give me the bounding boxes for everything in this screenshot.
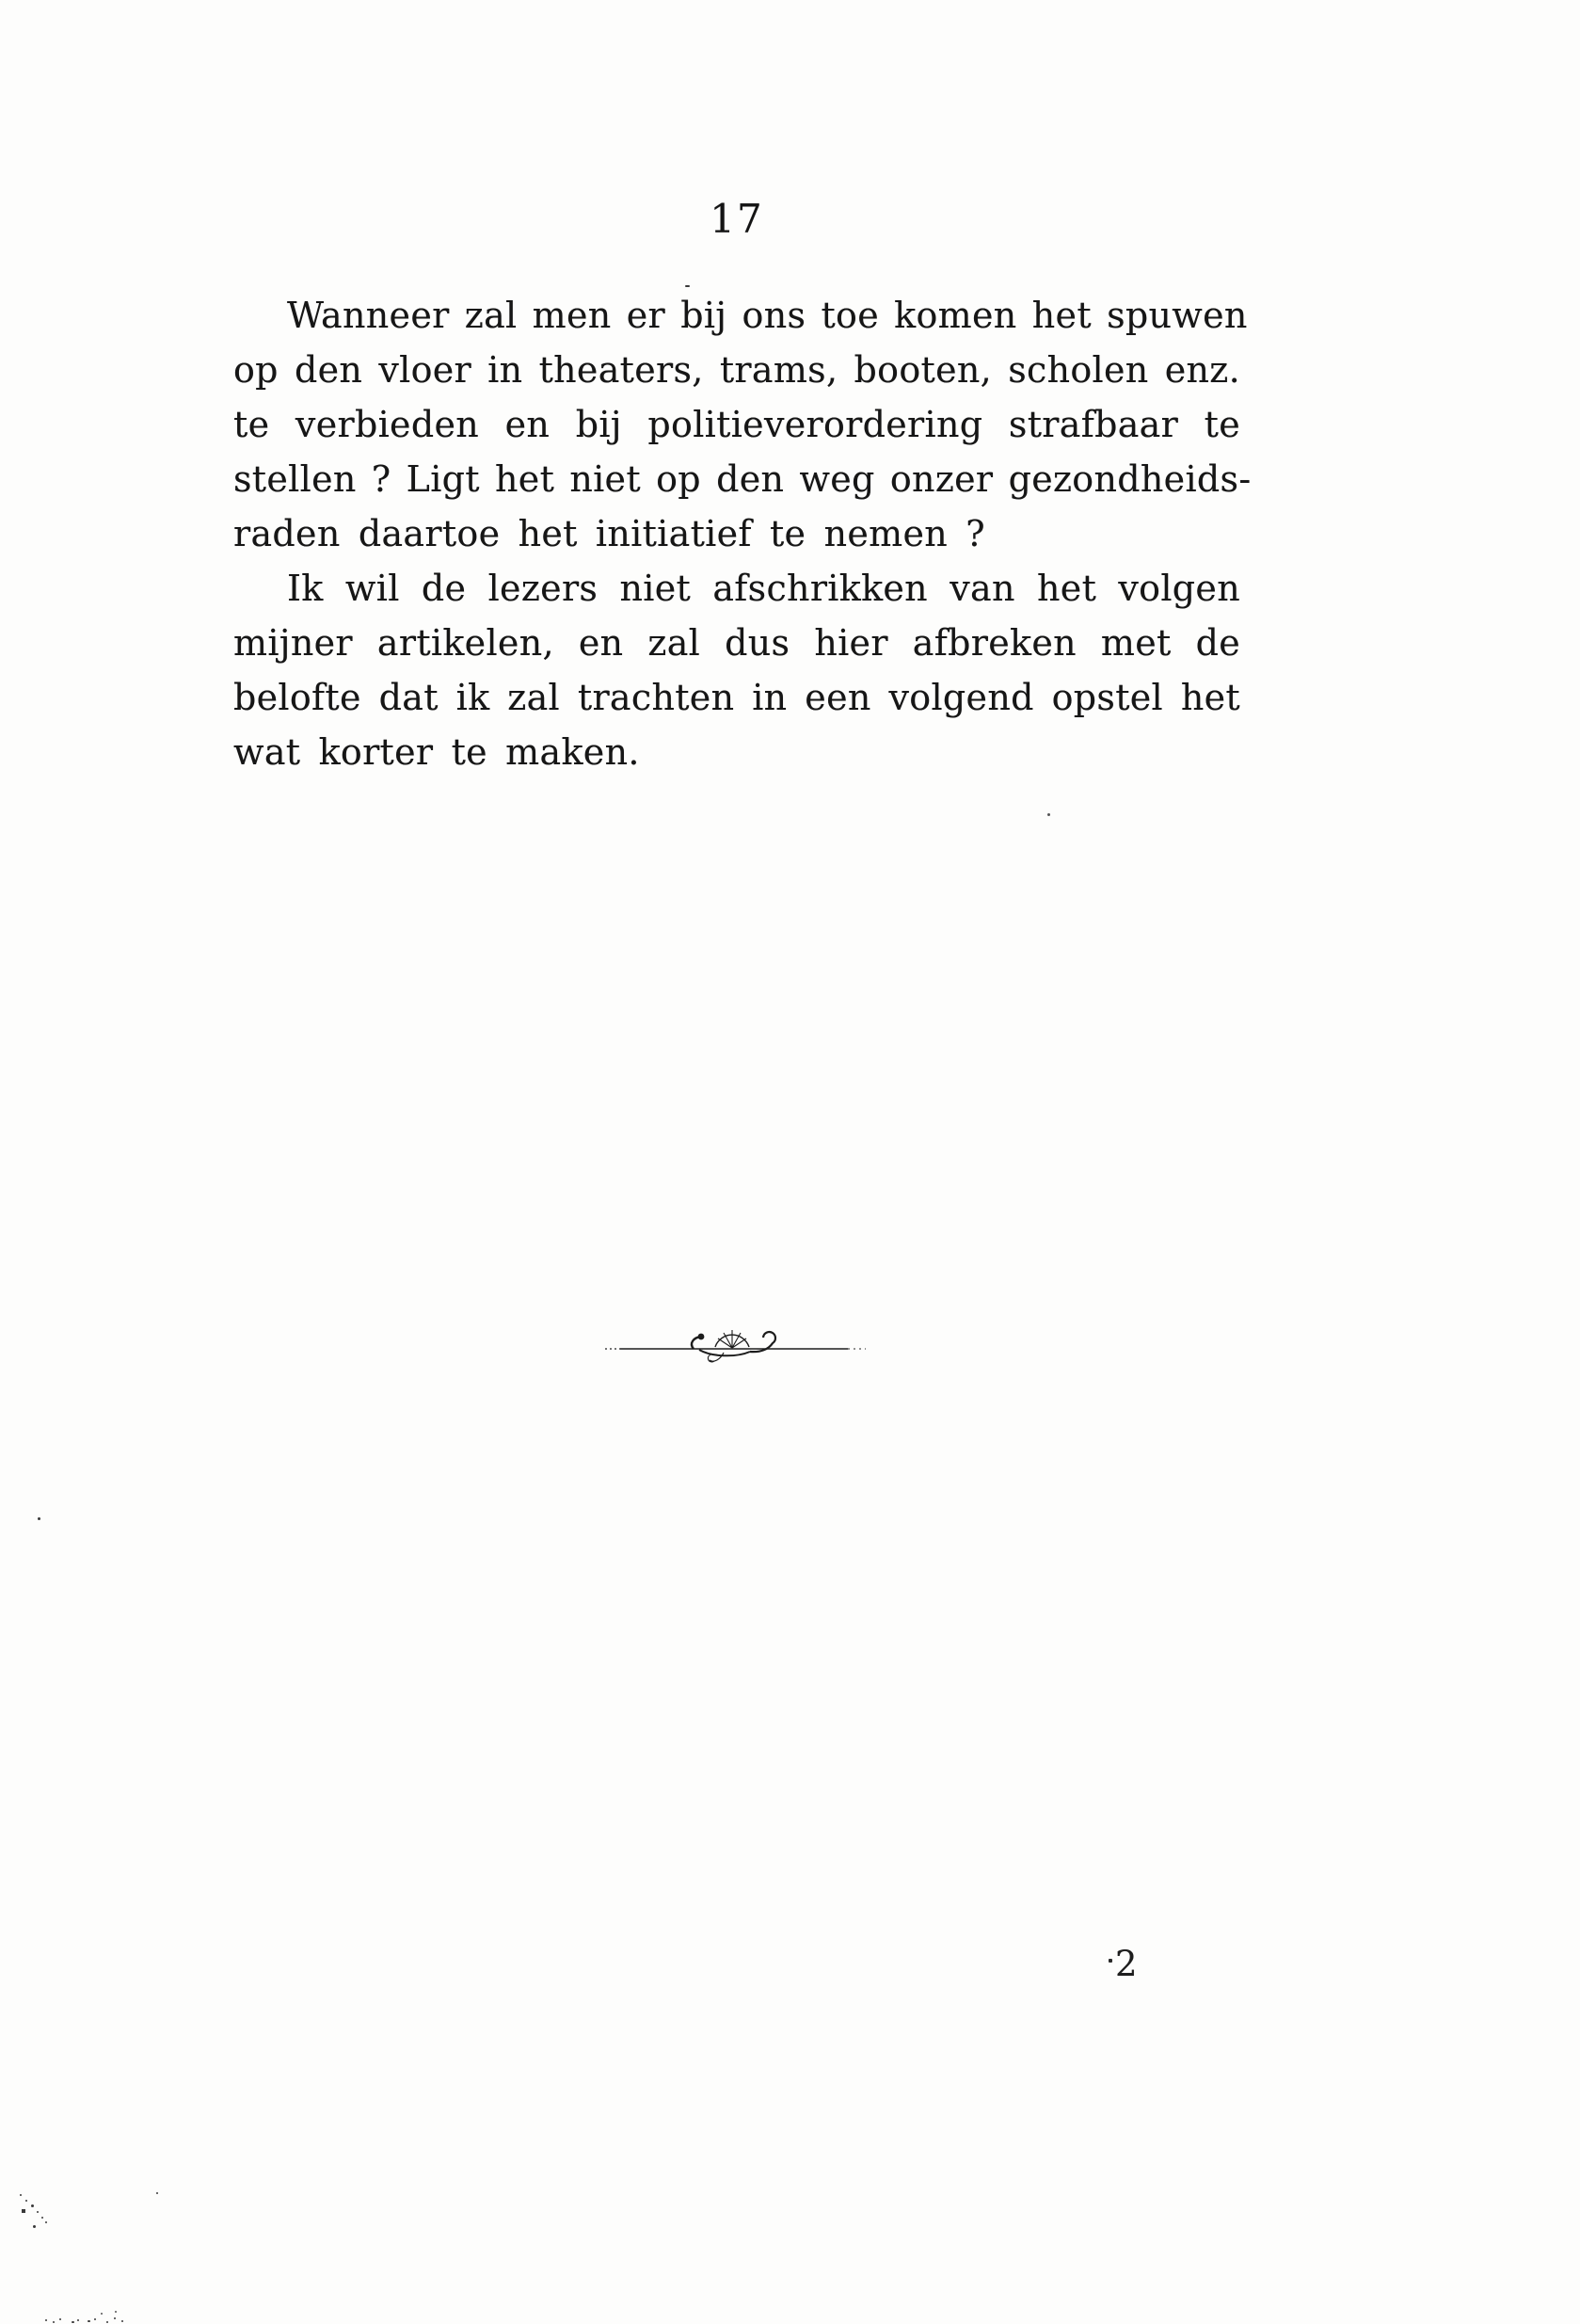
text-line: op den vloer in theaters, trams, booten,… [233, 343, 1240, 397]
ornamental-divider [601, 1325, 870, 1370]
ink-speck [45, 2221, 47, 2223]
ink-speck [94, 2318, 96, 2320]
ink-speck [121, 2320, 123, 2322]
ink-speck [45, 2319, 47, 2321]
ink-speck [685, 285, 690, 287]
text-block: Wanneer zal men er bij ons toe komen het… [233, 288, 1240, 779]
ink-speck [115, 2311, 117, 2313]
paragraph: Wanneer zal men er bij ons toe komen het… [233, 288, 1240, 561]
ink-speck [25, 2200, 27, 2202]
ink-speck [77, 2319, 79, 2321]
text-line: wat korter te maken. [233, 725, 1240, 779]
ink-speck [1047, 813, 1050, 816]
ink-speck [53, 2321, 55, 2323]
signature-mark: 2 [1109, 1947, 1138, 1981]
ink-speck [22, 2209, 25, 2213]
ink-speck [38, 1517, 40, 1520]
floral-flourish-icon [601, 1325, 870, 1370]
ink-speck [88, 2320, 90, 2322]
text-line: Ik wil de lezers niet afschrikken van he… [233, 561, 1240, 616]
ink-speck [20, 2194, 22, 2196]
ink-speck [31, 2204, 34, 2207]
ink-speck [114, 2317, 116, 2319]
scanned-book-page: 17 Wanneer zal men er bij ons toe komen … [0, 0, 1580, 2324]
signature-number: 2 [1115, 1944, 1138, 1984]
text-line: te verbieden en bij politieverordering s… [233, 397, 1240, 452]
text-line: raden daartoe het initiatief te nemen ? [233, 506, 1240, 561]
ink-speck [72, 2321, 74, 2323]
text-line: belofte dat ik zal trachten in een volge… [233, 670, 1240, 725]
ink-speck [101, 2313, 103, 2315]
ink-speck [33, 2225, 36, 2228]
text-line: Wanneer zal men er bij ons toe komen het… [233, 288, 1240, 343]
paragraph: Ik wil de lezers niet afschrikken van he… [233, 561, 1240, 779]
ink-speck [106, 2321, 108, 2323]
text-line: stellen ? Ligt het niet op den weg onzer… [233, 452, 1240, 506]
ink-speck [41, 2217, 43, 2219]
page-number: 17 [233, 200, 1240, 239]
ink-speck [37, 2211, 39, 2213]
ink-speck [1109, 1959, 1112, 1963]
ink-speck [156, 2192, 158, 2194]
text-line: mijner artikelen, en zal dus hier afbrek… [233, 616, 1240, 670]
ink-speck [59, 2318, 61, 2320]
